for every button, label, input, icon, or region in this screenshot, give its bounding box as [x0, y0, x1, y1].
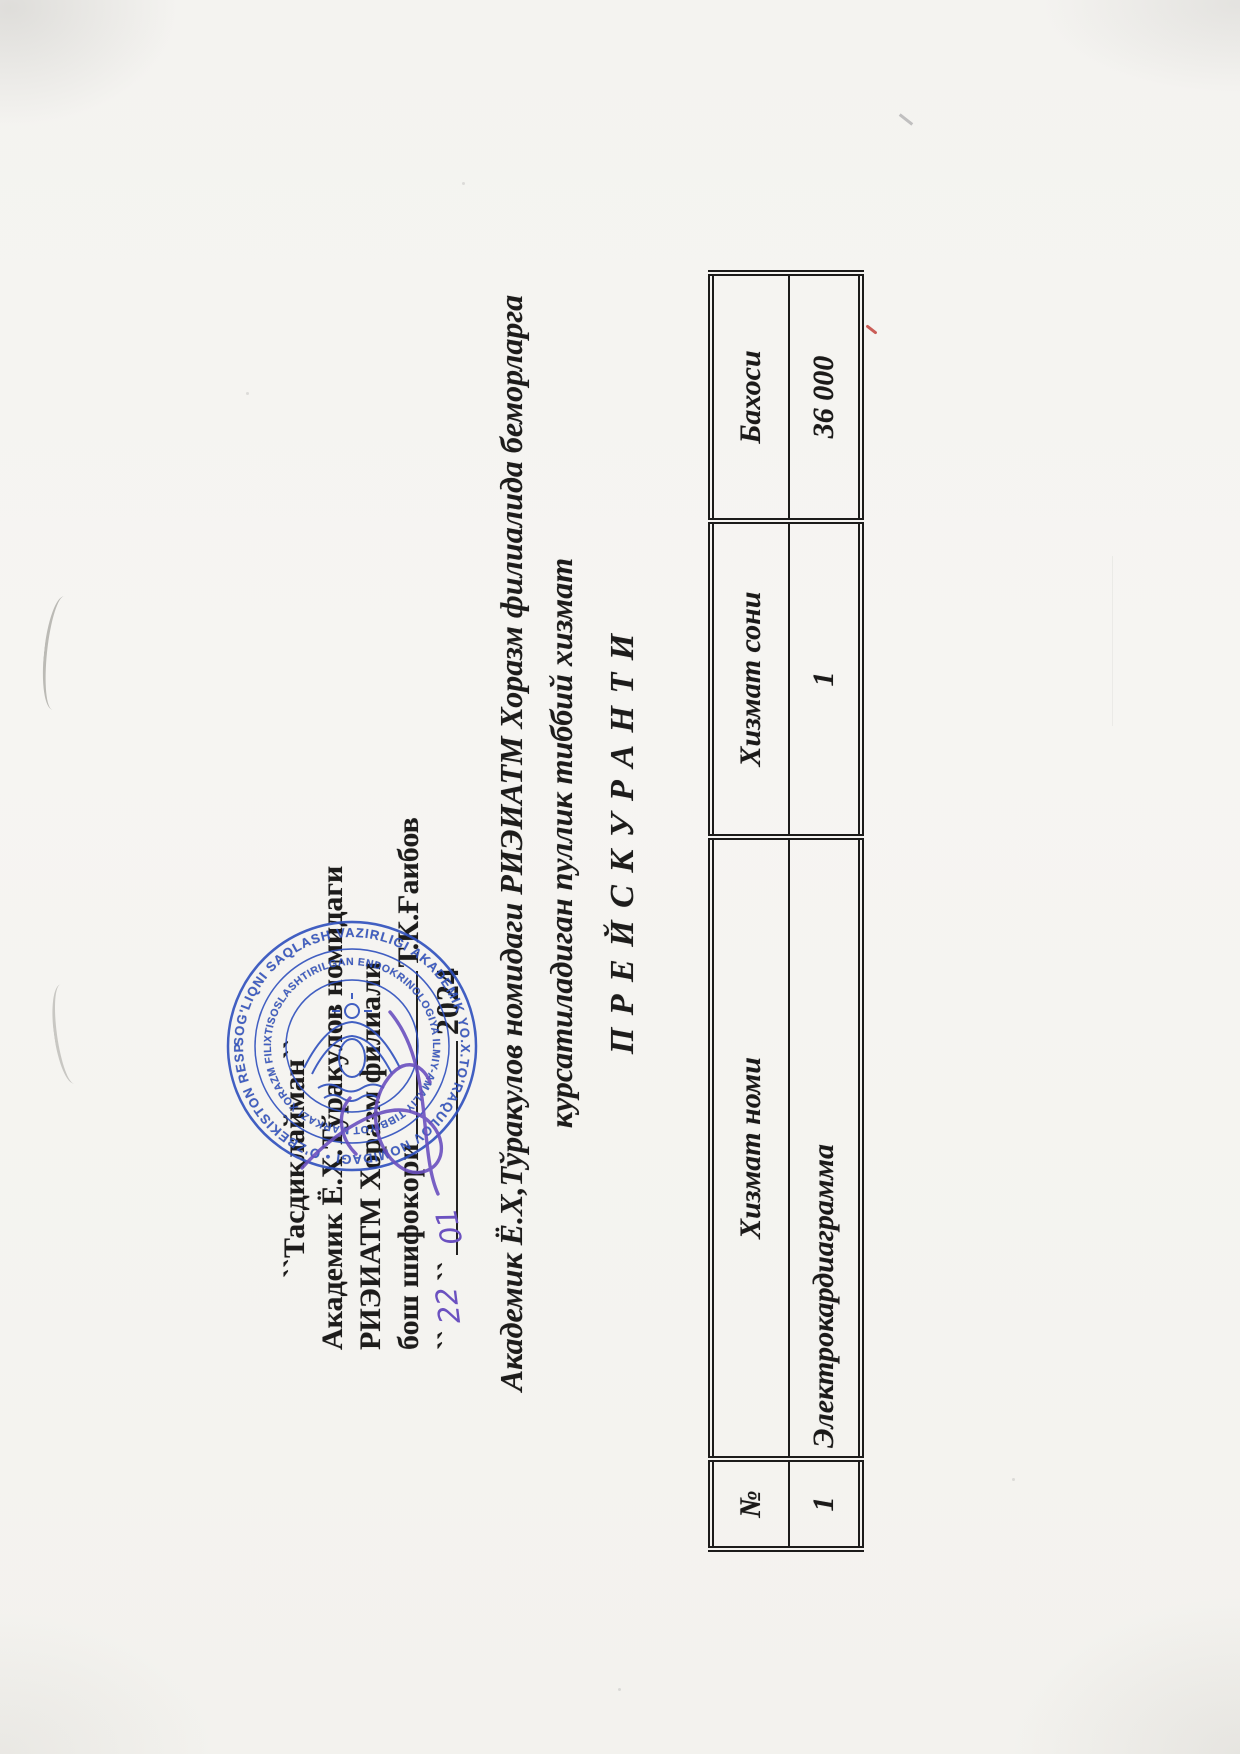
- cell-service-count: 1: [789, 521, 861, 837]
- title-line-1: Академик Ё.Х,Тўракулов номидаги РИЭИАТМ …: [486, 0, 536, 1720]
- title-block: Академик Ё.Х,Тўракулов номидаги РИЭИАТМ …: [486, 0, 642, 1720]
- cell-row-number: 1: [789, 1459, 861, 1549]
- handwritten-day: 22: [427, 1285, 469, 1326]
- table-header-row: № Хизмат номи Хизмат сони Бахоси: [711, 273, 789, 1549]
- title-line-2: курсатиладиган пуллик тиббий хизмат: [536, 0, 586, 1720]
- stamp-emblem-icon: [304, 993, 400, 1101]
- dust-speck: [246, 392, 249, 395]
- dust-speck: [462, 182, 465, 185]
- date-close-quote: ``: [432, 1261, 465, 1281]
- date-open-quote: ``: [432, 1330, 465, 1350]
- official-stamp: SOG'LIQNI SAQLASH VAZIRLIGI AKADEMIK YO.…: [222, 916, 482, 1176]
- col-header-service-name: Хизмат номи: [711, 837, 789, 1459]
- cell-price: 36 000: [789, 273, 861, 521]
- handwritten-month: 01: [427, 1205, 472, 1249]
- col-header-price: Бахоси: [711, 273, 789, 521]
- red-pen-artifact: [865, 324, 877, 334]
- dust-speck: [618, 1688, 621, 1691]
- paper-crease: [1112, 556, 1113, 726]
- price-list-heading: П Р Е Й С К У Р А Н Т И: [604, 0, 642, 1720]
- price-table: № Хизмат номи Хизмат сони Бахоси 1 Элект…: [708, 270, 864, 1552]
- document-content: ``Тасдиқлайман`` Академик Ё.Х.Тўракулов …: [0, 0, 1240, 1754]
- col-header-number: №: [711, 1459, 789, 1549]
- scanned-document-page: ``Тасдиқлайман`` Академик Ё.Х.Тўракулов …: [0, 0, 1240, 1754]
- table-row: 1 Электрокардиаграмма 1 36 000: [789, 273, 861, 1549]
- col-header-service-count: Хизмат сони: [711, 521, 789, 837]
- cell-service-name: Электрокардиаграмма: [789, 837, 861, 1459]
- dust-speck: [1012, 1478, 1015, 1481]
